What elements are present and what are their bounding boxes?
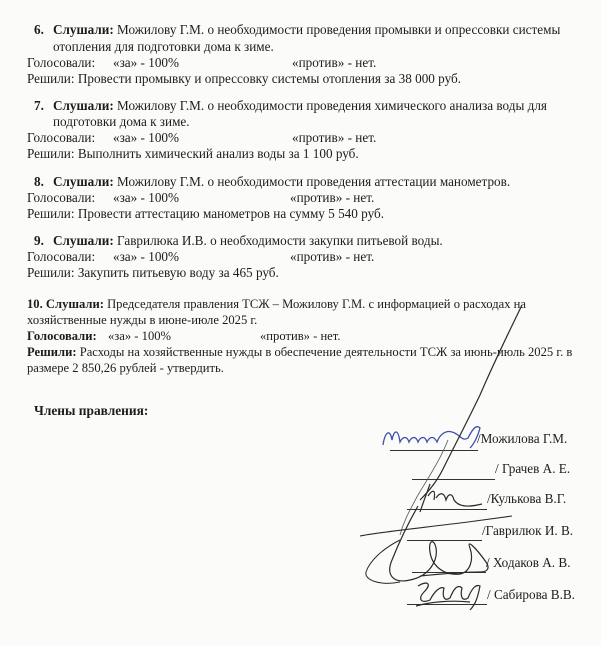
document-page: 6.Слушали: Можилову Г.М. о необходимости… — [0, 0, 601, 646]
handwritten-signatures — [0, 0, 601, 646]
signature-blue-icon — [383, 427, 480, 448]
